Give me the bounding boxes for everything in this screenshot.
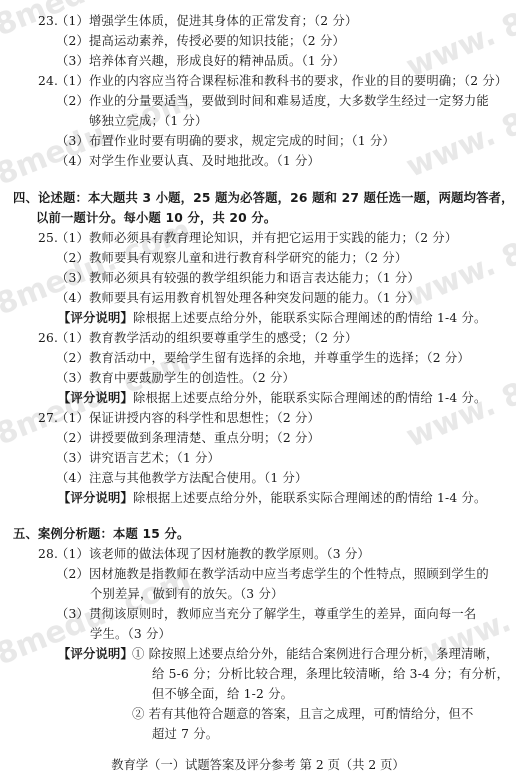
- q27-item-3: （3）讲究语言艺术；（1 分）: [56, 450, 220, 466]
- q27-scoring-note: 【评分说明】除根据上述要点给分外，能联系实际合理阐述的酌情给 1-4 分。: [58, 490, 487, 506]
- q28-scoring-note-line-4: ② 若有其他符合题意的答案，且言之成理，可酌情给分，但不: [132, 706, 474, 722]
- q25-item-4: （4）教师要具有运用教育机智处理各种突发问题的能力。（1 分）: [56, 290, 420, 306]
- q28-scoring-note-label: 【评分说明】: [58, 646, 133, 662]
- q23-item-3: （3）培养体育兴趣，形成良好的精神品质。（1 分）: [56, 53, 345, 69]
- q25-item-2: （2）教师要具有观察儿童和进行教育科学研究的能力；（2 分）: [56, 250, 407, 266]
- q28-item-3: （3）贯彻该原则时，教师应当充分了解学生，尊重学生的差异，面向每一名: [56, 606, 476, 622]
- q25-item-3: （3）教师必须具有较强的教学组织能力和语言表达能力；（1 分）: [56, 270, 420, 286]
- q26-scoring-note: 【评分说明】除根据上述要点给分外，能联系实际合理阐述的酌情给 1-4 分。: [58, 390, 487, 406]
- scoring-note-label: 【评分说明】: [58, 391, 133, 405]
- q26-item-2: （2）教育活动中，要给学生留有选择的余地，并尊重学生的选择；（2 分）: [56, 350, 470, 366]
- q25-item-1: （1）教师必须具有教育理论知识，并有把它运用于实践的能力；（2 分）: [56, 230, 457, 246]
- q24-item-2: （2）作业的分量要适当，要做到时间和难易适度，大多数学生经过一定努力能: [56, 93, 489, 109]
- q24-item-4: （4）对学生作业要认真、及时地批改。（1 分）: [56, 153, 320, 169]
- q25-scoring-note: 【评分说明】除根据上述要点给分外，能联系实际合理阐述的酌情给 1-4 分。: [58, 310, 487, 326]
- q28-scoring-note-line-5: 超过 7 分。: [152, 726, 218, 742]
- q26-item-1: （1）教育教学活动的组织要尊重学生的感受；（2 分）: [56, 330, 357, 346]
- scoring-note-label: 【评分说明】: [58, 311, 133, 325]
- scoring-note-text: 除根据上述要点给分外，能联系实际合理阐述的酌情给 1-4 分。: [133, 391, 487, 405]
- q28-scoring-note-line-2: 给 5-6 分；分析比较合理，条理比较清晰，给 3-4 分；有分析，: [152, 666, 509, 682]
- q24-item-3: （3）布置作业时要有明确的要求，规定完成的时间；（1 分）: [56, 133, 395, 149]
- page-footer: 教育学（一）试题答案及评分参考 第 2 页（共 2 页）: [0, 755, 516, 773]
- q26-item-3: （3）教育中要鼓励学生的创造性。（2 分）: [56, 370, 295, 386]
- q28-scoring-note-line-3: 但不够全面，给 1-2 分。: [152, 686, 293, 702]
- q28-item-1: （1）该老师的做法体现了因材施教的教学原则。（3 分）: [56, 546, 370, 562]
- q23-item-1: （1）增强学生体质，促进其身体的正常发育；（2 分）: [56, 13, 357, 29]
- section-5-title: 五、案例分析题：本题 15 分。: [13, 526, 189, 542]
- section-4-title: 四、论述题：本大题共 3 小题，25 题为必答题，26 题和 27 题任选一题，…: [13, 190, 514, 206]
- q24-item-1: （1）作业的内容应当符合课程标准和教科书的要求，作业的目的要明确；（2 分）: [56, 73, 507, 89]
- q27-item-2: （2）讲授要做到条理清楚、重点分明；（2 分）: [56, 430, 320, 446]
- q28-item-3-cont: 学生。（3 分）: [90, 626, 171, 642]
- watermark: www. 8medu: [401, 0, 516, 85]
- q27-item-4: （4）注意与其他教学方法配合使用。（1 分）: [56, 470, 307, 486]
- q24-item-2-cont: 够独立完成；（1 分）: [89, 113, 207, 129]
- q27-item-1: （1）保证讲授内容的科学性和思想性；（2 分）: [56, 410, 320, 426]
- q23-item-2: （2）提高运动素养，传授必要的知识技能；（2 分）: [56, 33, 345, 49]
- scoring-note-text: 除根据上述要点给分外，能联系实际合理阐述的酌情给 1-4 分。: [133, 311, 487, 325]
- scoring-note-label: 【评分说明】: [58, 491, 133, 505]
- answer-key-page: 8medu. www. 8medu 8medu. com www. 8medu …: [0, 0, 516, 783]
- section-4-title-cont: 以前一题计分。每小题 10 分，共 20 分。: [36, 210, 276, 226]
- q28-item-2-cont: 个别差异，做到有的放矢。（3 分）: [90, 586, 283, 602]
- scoring-note-text: 除根据上述要点给分外，能联系实际合理阐述的酌情给 1-4 分。: [133, 491, 487, 505]
- q28-scoring-note-line-1: ① 除按照上述要点给分外，能结合案例进行合理分析，条理清晰，: [132, 646, 499, 662]
- q28-item-2: （2）因材施教是指教师在教学活动中应当考虑学生的个性特点，照顾到学生的: [56, 566, 489, 582]
